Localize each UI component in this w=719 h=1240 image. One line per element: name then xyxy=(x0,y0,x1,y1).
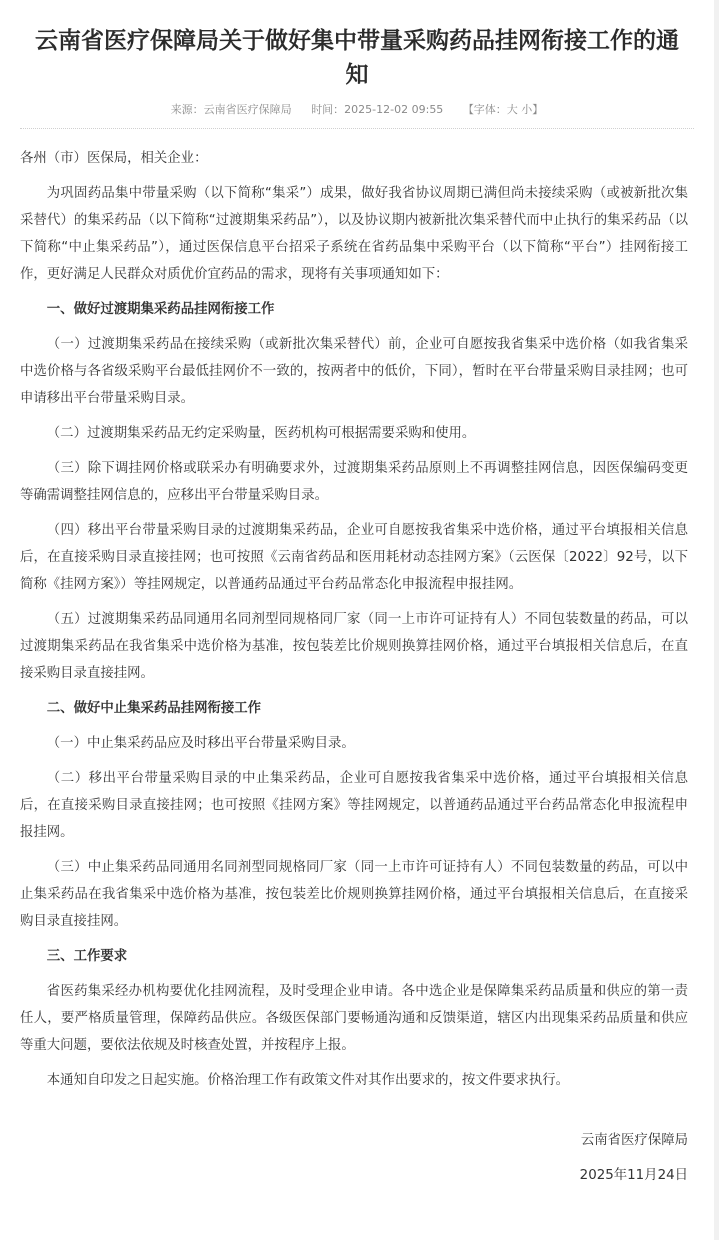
section-2-item-1: （一）中止集采药品应及时移出平台带量采购目录。 xyxy=(20,730,688,757)
article-body: 各州（市）医保局，相关企业： 为巩固药品集中带量采购（以下简称“集采”）成果，做… xyxy=(0,129,714,1094)
section-2-item-3: （三）中止集采药品同通用名同剂型同规格同厂家（同一上市许可证持有人）不同包装数量… xyxy=(20,854,688,935)
section-1-item-1: （一）过渡期集采药品在接续采购（或新批次集采替代）前，企业可自愿按我省集采中选价… xyxy=(20,331,688,412)
section-1-item-2: （二）过渡期集采药品无约定采购量，医药机构可根据需要采购和使用。 xyxy=(20,420,688,447)
section-heading-1: 一、做好过渡期集采药品挂网衔接工作 xyxy=(20,296,688,323)
section-heading-3: 三、工作要求 xyxy=(20,943,688,970)
intro-paragraph: 为巩固药品集中带量采购（以下简称“集采”）成果，做好我省协议周期已满但尚未接续采… xyxy=(20,180,688,288)
publish-time: 时间：2025-12-02 09:55 xyxy=(311,102,443,118)
section-heading-2: 二、做好中止集采药品挂网衔接工作 xyxy=(20,695,688,722)
section-1-item-5: （五）过渡期集采药品同通用名同剂型同规格同厂家（同一上市许可证持有人）不同包装数… xyxy=(20,606,688,687)
page-title: 云南省医疗保障局关于做好集中带量采购药品挂网衔接工作的通知 xyxy=(0,0,714,92)
source-label: 来源：云南省医疗保障局 xyxy=(171,102,292,118)
article: 云南省医疗保障局关于做好集中带量采购药品挂网衔接工作的通知 来源：云南省医疗保障… xyxy=(0,0,714,1102)
signature-block: 云南省医疗保障局 2025年11月24日 xyxy=(580,1130,688,1200)
section-1-item-3: （三）除下调挂网价格或联采办有明确要求外，过渡期集采药品原则上不再调整挂网信息，… xyxy=(20,455,688,509)
section-3-item-1: 省医药集采经办机构要优化挂网流程，及时受理企业申请。各中选企业是保障集采药品质量… xyxy=(20,978,688,1059)
scrollbar[interactable] xyxy=(714,0,719,1240)
salutation: 各州（市）医保局，相关企业： xyxy=(20,145,688,172)
section-1-item-4: （四）移出平台带量采购目录的过渡期集采药品，企业可自愿按我省集采中选价格，通过平… xyxy=(20,517,688,598)
closing-paragraph: 本通知自印发之日起实施。价格治理工作有政策文件对其作出要求的，按文件要求执行。 xyxy=(20,1067,688,1094)
font-size-toggle[interactable]: 【字体：大 小】 xyxy=(463,102,544,118)
signature-date: 2025年11月24日 xyxy=(580,1165,688,1187)
section-2-item-2: （二）移出平台带量采购目录的中止集采药品，企业可自愿按我省集采中选价格，通过平台… xyxy=(20,765,688,846)
article-meta: 来源：云南省医疗保障局 时间：2025-12-02 09:55 【字体：大 小】 xyxy=(0,102,714,118)
signature-org: 云南省医疗保障局 xyxy=(580,1130,688,1152)
